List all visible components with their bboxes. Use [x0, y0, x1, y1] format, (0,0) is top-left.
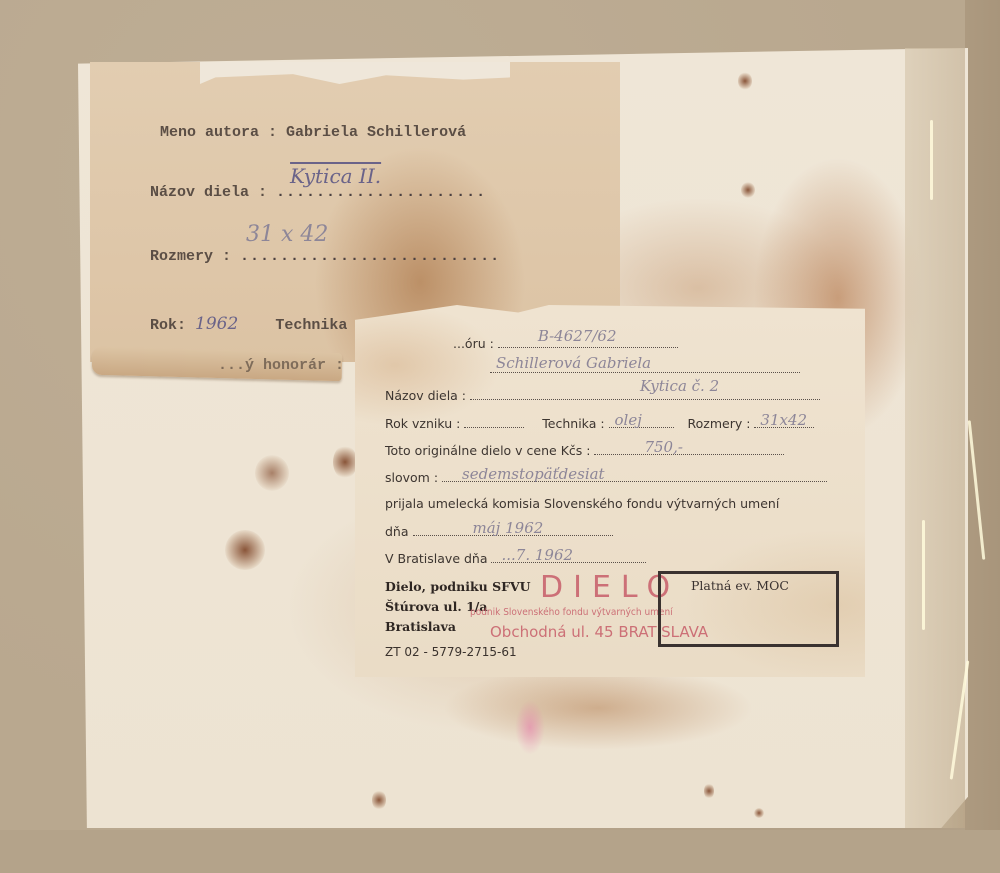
- size-label: Rozmery :: [150, 248, 231, 265]
- moc-registration-box: Platná ev. MOC: [658, 571, 839, 647]
- words-label: slovom :: [385, 470, 438, 485]
- year-technique-size-row: Rok vzniku : Technika : olej Rozmery : 3…: [385, 415, 814, 431]
- year-technique-row: Rok: 1962 Technika :: [150, 314, 365, 334]
- title-handwritten: Kytica II.: [290, 164, 381, 188]
- technique-label: Technika :: [275, 317, 365, 334]
- title-label: Názov diela :: [385, 388, 466, 403]
- tape-glare: [922, 520, 925, 630]
- year-label: Rok:: [150, 317, 186, 334]
- foxing-stain: [741, 182, 755, 198]
- author-row: Schillerová Gabriela: [490, 360, 800, 376]
- foxing-stain: [225, 530, 265, 570]
- adhesive-tape-strip: [905, 48, 965, 828]
- stamp-line-1: podnik Slovenského fondu výtvarných umen…: [470, 607, 673, 618]
- accepted-text: prijala umelecká komisia Slovenského fon…: [385, 496, 779, 511]
- title-handwritten: Kytica č. 2: [640, 377, 719, 395]
- foxing-stain: [738, 72, 752, 90]
- date-handwritten: máj 1962: [473, 519, 544, 537]
- foxing-stain: [333, 445, 357, 479]
- form-code: ZT 02 - 5779-2715-61: [385, 645, 517, 659]
- price-label: Toto originálne dielo v cene Kčs :: [385, 443, 590, 458]
- technique-handwritten: olej: [615, 411, 642, 429]
- printed-label-main: ...óru : B-4627/62 Schillerová Gabriela …: [355, 305, 865, 677]
- price-handwritten: 750,-: [644, 438, 682, 456]
- size-row: Rozmery : .......................... 31 …: [150, 248, 500, 265]
- tape-glare: [930, 120, 933, 200]
- year-handwritten: 1962: [195, 314, 238, 334]
- words-handwritten: sedemstopäťdesiat: [462, 465, 605, 483]
- words-row: slovom : sedemstopäťdesiat: [385, 469, 827, 485]
- publisher-line: Dielo, podniku SFVU: [385, 577, 531, 597]
- reg-row: ...óru : B-4627/62: [453, 335, 678, 351]
- foxing-stain: [754, 808, 764, 818]
- title-row: Názov diela : Kytica č. 2: [385, 387, 820, 403]
- bratislava-date-handwritten: ...7. 1962: [501, 546, 573, 564]
- price-row: Toto originálne dielo v cene Kčs : 750,-: [385, 442, 784, 458]
- size-handwritten: 31x42: [760, 411, 807, 429]
- foxing-stain: [372, 790, 386, 810]
- size-dotted-line: ..........................: [240, 248, 500, 265]
- pink-ink-smudge: [515, 700, 545, 755]
- moc-box-text: Platná ev. MOC: [691, 578, 789, 593]
- date-row: dňa máj 1962: [385, 523, 613, 539]
- foxing-stain: [255, 455, 289, 491]
- author-handwritten: Schillerová Gabriela: [496, 354, 651, 372]
- foxing-stain: [704, 783, 714, 799]
- bratislava-date-row: V Bratislave dňa ...7. 1962: [385, 550, 646, 566]
- torn-edge: [200, 62, 510, 84]
- size-handwritten: 31 x 42: [246, 222, 328, 247]
- author-row: Meno autora : Gabriela Schillerová: [160, 124, 466, 141]
- fee-label: ...ý honorár :: [218, 357, 344, 374]
- partial-label: ...óru :: [453, 336, 494, 351]
- backing-edge-bottom: [0, 830, 1000, 873]
- size-label: Rozmery :: [688, 416, 751, 431]
- author-label: Meno autora :: [160, 124, 277, 141]
- author-value: Gabriela Schillerová: [286, 124, 466, 141]
- reg-number-handwritten: B-4627/62: [538, 327, 617, 345]
- title-label: Názov diela :: [150, 184, 267, 201]
- date-label: dňa: [385, 524, 409, 539]
- year-label: Rok vzniku :: [385, 416, 460, 431]
- bratislava-label: V Bratislave dňa: [385, 551, 488, 566]
- title-row: Názov diela : ..................... Kyti…: [150, 184, 486, 201]
- technique-label: Technika :: [542, 416, 604, 431]
